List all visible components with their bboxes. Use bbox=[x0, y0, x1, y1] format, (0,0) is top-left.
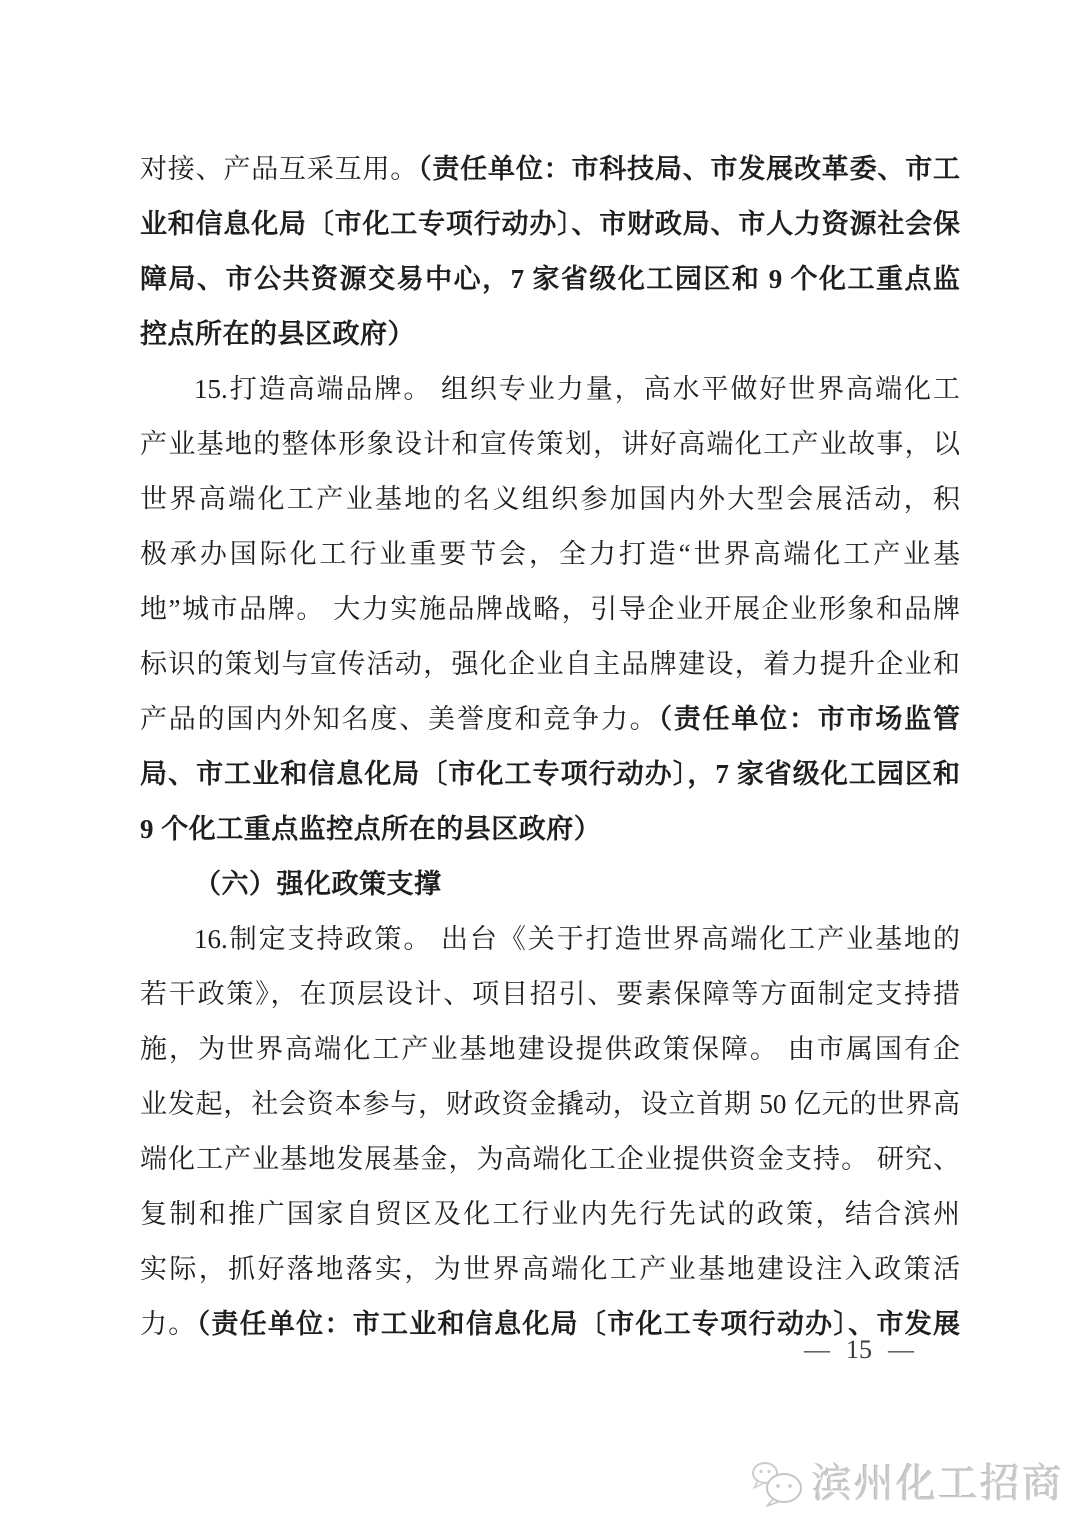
watermark: 滨州化工招商 bbox=[750, 1459, 1064, 1509]
text-segment: 控点所在的县区政府） bbox=[140, 319, 415, 349]
text-line: 产业基地的整体形象设计和宣传策划，讲好高端化工产业故事，以 bbox=[140, 417, 960, 472]
text-segment: 产品的国内外知名度、美誉度和竞争力。 bbox=[140, 704, 658, 734]
text-segment: 产业基地的整体形象设计和宣传策划，讲好高端化工产业故事，以 bbox=[140, 429, 960, 459]
text-segment: 9 个化工重点监控点所在的县区政府） bbox=[140, 814, 601, 844]
text-line: 16.制定支持政策。 出台《关于打造世界高端化工产业基地的 bbox=[140, 912, 960, 967]
text-segment: 施，为世界高端化工产业基地建设提供政策保障。 由市属国有企 bbox=[140, 1034, 960, 1064]
text-segment: 对接、产品互采互用。 bbox=[140, 154, 418, 184]
page-number-value: 15 bbox=[846, 1334, 872, 1366]
text-line: 业发起，社会资本参与，财政资金撬动，设立首期 50 亿元的世界高 bbox=[140, 1077, 960, 1132]
text-segment: （责任单位：市市场监管 bbox=[658, 704, 960, 734]
text-line: 施，为世界高端化工产业基地建设提供政策保障。 由市属国有企 bbox=[140, 1022, 960, 1077]
document-page: 对接、产品互采互用。（责任单位：市科技局、市发展改革委、市工业和信息化局〔市化工… bbox=[0, 0, 1080, 1527]
text-line: 9 个化工重点监控点所在的县区政府） bbox=[140, 802, 960, 857]
text-line: 业和信息化局〔市化工专项行动办〕、市财政局、市人力资源社会保 bbox=[140, 197, 960, 252]
text-line: 复制和推广国家自贸区及化工行业内先行先试的政策，结合滨州 bbox=[140, 1187, 960, 1242]
text-line: 若干政策》，在顶层设计、项目招引、要素保障等方面制定支持措 bbox=[140, 967, 960, 1022]
text-segment: 16.制定支持政策。 出台《关于打造世界高端化工产业基地的 bbox=[194, 924, 960, 954]
text-line: 15.打造高端品牌。 组织专业力量，高水平做好世界高端化工 bbox=[140, 362, 960, 417]
text-line: 极承办国际化工行业重要节会，全力打造“世界高端化工产业基 bbox=[140, 527, 960, 582]
text-line: （六）强化政策支撑 bbox=[140, 857, 960, 912]
text-block: 对接、产品互采互用。（责任单位：市科技局、市发展改革委、市工业和信息化局〔市化工… bbox=[140, 142, 960, 1352]
wechat-icon bbox=[750, 1459, 806, 1509]
text-line: 实际，抓好落地落实，为世界高端化工产业基地建设注入政策活 bbox=[140, 1242, 960, 1297]
text-line: 世界高端化工产业基地的名义组织参加国内外大型会展活动，积 bbox=[140, 472, 960, 527]
text-line: 局、市工业和信息化局〔市化工专项行动办〕，7 家省级化工园区和 bbox=[140, 747, 960, 802]
watermark-text: 滨州化工招商 bbox=[812, 1460, 1064, 1508]
page-number: — 15 — bbox=[804, 1334, 914, 1366]
text-line: 端化工产业基地发展基金，为高端化工企业提供资金支持。 研究、 bbox=[140, 1132, 960, 1187]
text-line: 控点所在的县区政府） bbox=[140, 307, 960, 362]
text-segment: 标识的策划与宣传活动，强化企业自主品牌建设，着力提升企业和 bbox=[140, 649, 960, 679]
text-segment: 地”城市品牌。 大力实施品牌战略，引导企业开展企业形象和品牌 bbox=[140, 594, 960, 624]
text-segment: （六）强化政策支撑 bbox=[194, 869, 442, 899]
text-line: 标识的策划与宣传活动，强化企业自主品牌建设，着力提升企业和 bbox=[140, 637, 960, 692]
text-segment: 极承办国际化工行业重要节会，全力打造“世界高端化工产业基 bbox=[140, 539, 960, 569]
text-segment: 15.打造高端品牌。 组织专业力量，高水平做好世界高端化工 bbox=[194, 374, 960, 404]
text-segment: （责任单位：市科技局、市发展改革委、市工 bbox=[418, 154, 960, 184]
text-segment: 若干政策》，在顶层设计、项目招引、要素保障等方面制定支持措 bbox=[140, 979, 960, 1009]
text-line: 对接、产品互采互用。（责任单位：市科技局、市发展改革委、市工 bbox=[140, 142, 960, 197]
text-segment: 端化工产业基地发展基金，为高端化工企业提供资金支持。 研究、 bbox=[140, 1144, 960, 1174]
text-segment: 世界高端化工产业基地的名义组织参加国内外大型会展活动，积 bbox=[140, 484, 960, 514]
text-segment: 局、市工业和信息化局〔市化工专项行动办〕，7 家省级化工园区和 bbox=[140, 759, 960, 789]
page-number-dash-right: — bbox=[888, 1334, 914, 1366]
text-segment: 障局、市公共资源交易中心，7 家省级化工园区和 9 个化工重点监 bbox=[140, 264, 960, 294]
text-segment: 复制和推广国家自贸区及化工行业内先行先试的政策，结合滨州 bbox=[140, 1199, 960, 1229]
text-segment: 实际，抓好落地落实，为世界高端化工产业基地建设注入政策活 bbox=[140, 1254, 960, 1284]
text-line: 地”城市品牌。 大力实施品牌战略，引导企业开展企业形象和品牌 bbox=[140, 582, 960, 637]
text-segment: 业发起，社会资本参与，财政资金撬动，设立首期 50 亿元的世界高 bbox=[140, 1089, 960, 1119]
text-line: 障局、市公共资源交易中心，7 家省级化工园区和 9 个化工重点监 bbox=[140, 252, 960, 307]
text-line: 产品的国内外知名度、美誉度和竞争力。（责任单位：市市场监管 bbox=[140, 692, 960, 747]
text-segment: 业和信息化局〔市化工专项行动办〕、市财政局、市人力资源社会保 bbox=[140, 209, 960, 239]
page-number-dash-left: — bbox=[804, 1334, 830, 1366]
text-segment: 力。 bbox=[140, 1309, 197, 1339]
